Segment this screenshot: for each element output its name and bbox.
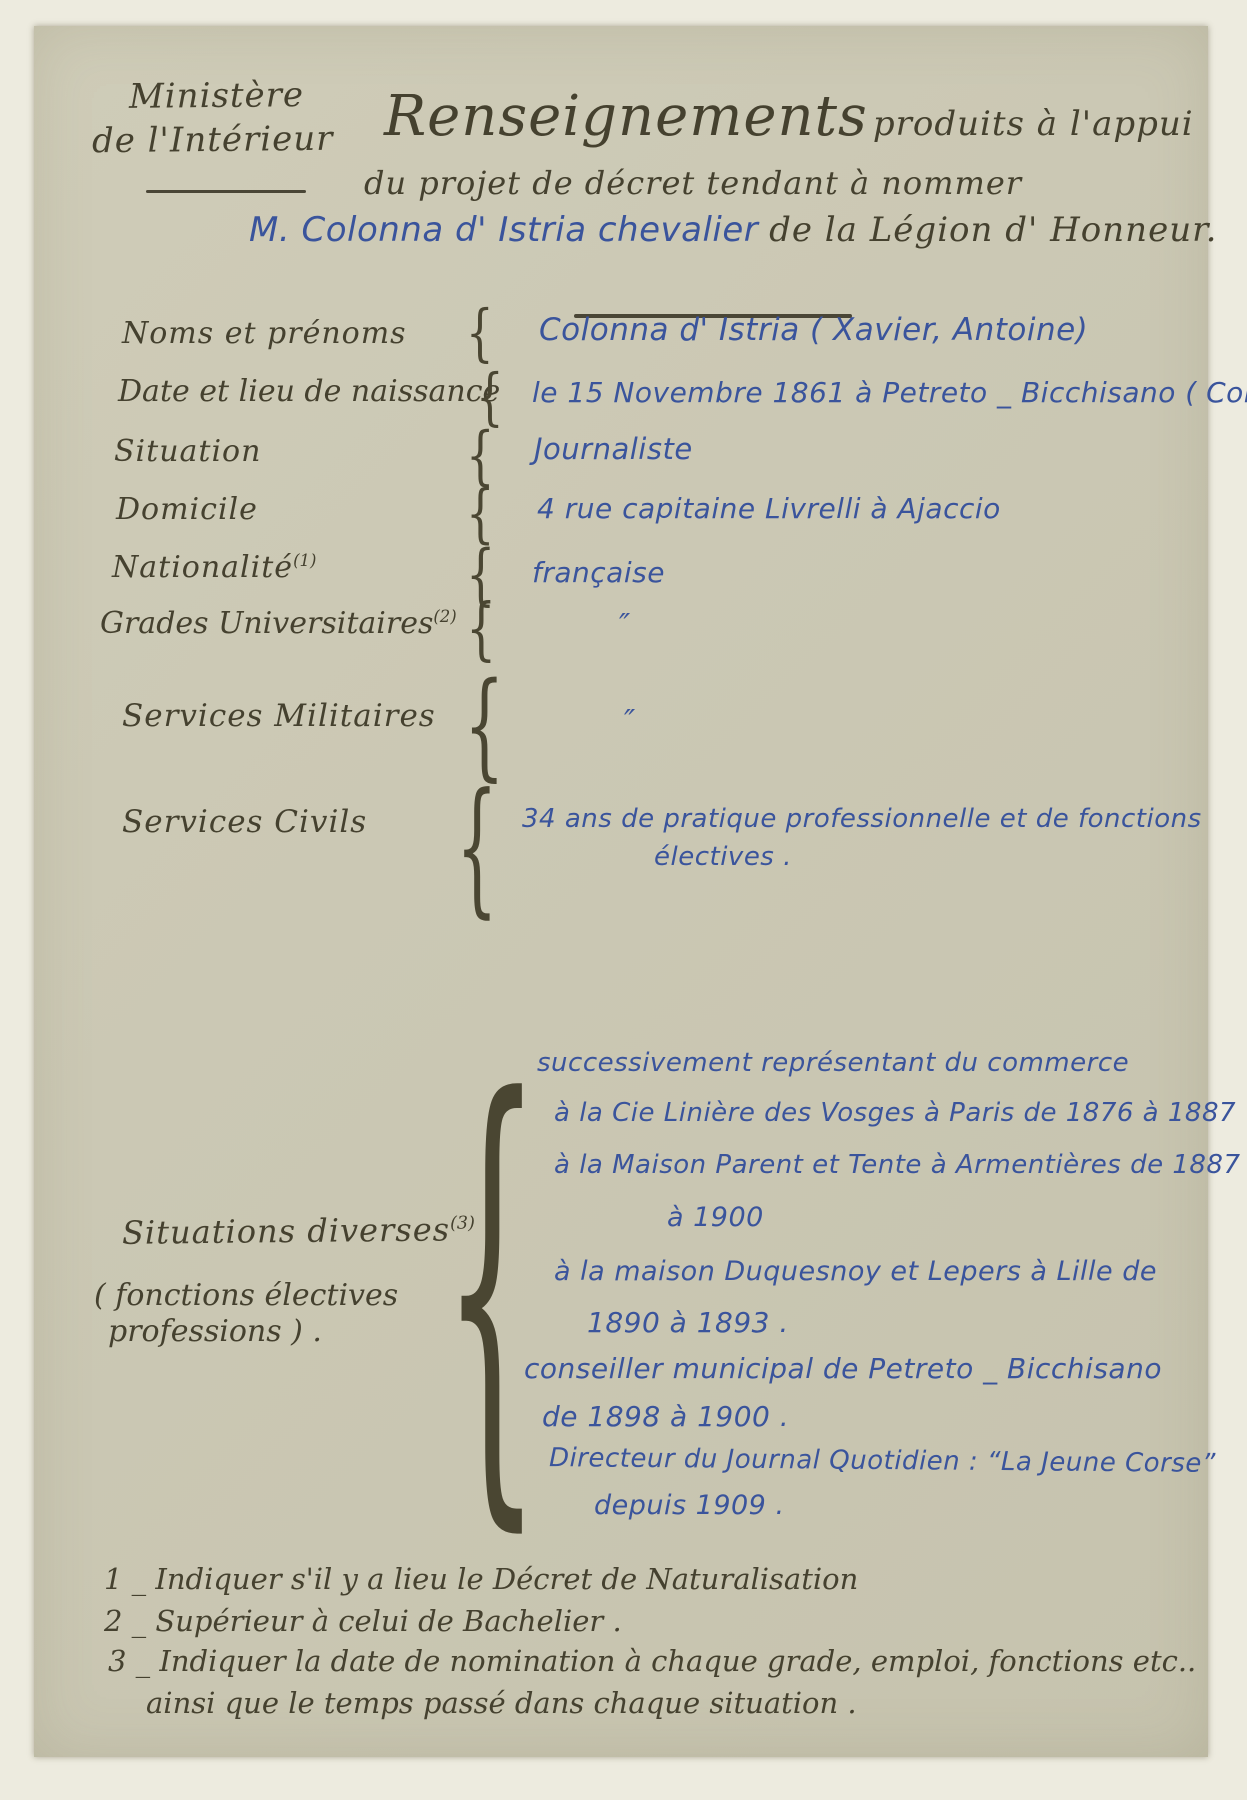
ministry-line1: Ministère (129, 75, 304, 117)
footnote-marker-2: (2) (433, 607, 456, 626)
situations-sublabel-2: professions ) . (108, 1314, 322, 1349)
field-label-noms: Noms et prénoms (122, 316, 407, 351)
title-name-blue: M. Colonna d' Istria chevalier (249, 210, 758, 250)
field-label-services-militaires: Services Militaires (122, 698, 436, 734)
footnote-marker-1: (1) (293, 551, 316, 570)
field-value-domicile: 4 rue capitaine Livrelli à Ajaccio (537, 492, 1001, 525)
field-label-situation: Situation (114, 434, 261, 469)
situations-line-1: successivement représentant du commerce (537, 1048, 1129, 1078)
field-label-domicile: Domicile (116, 492, 258, 527)
field-value-militaires-ditto: ″ (624, 704, 636, 739)
title-word-renseignements: Renseignements (384, 84, 868, 149)
situations-sublabel-1: ( fonctions électives (94, 1278, 398, 1313)
footnote-2: 2 _ Supérieur à celui de Bachelier . (104, 1604, 622, 1638)
field-value-situation: Journaliste (534, 432, 693, 466)
document-title-line3: M. Colonna d' Istria chevalier de la Lég… (249, 210, 1217, 250)
field-value-grades-ditto: ″ (619, 608, 631, 643)
footnote-3: 3 _ Indiquer la date de nomination à cha… (108, 1644, 1196, 1678)
field-value-noms: Colonna d' Istria ( Xavier, Antoine) (539, 312, 1088, 348)
situations-line-4: à 1900 (667, 1202, 764, 1233)
situations-line-2: à la Cie Linière des Vosges à Paris de 1… (554, 1098, 1236, 1128)
scanned-document-page: Ministère de l'Intérieur Renseignements … (34, 26, 1208, 1757)
situations-line-9: Directeur du Journal Quotidien : “La Jeu… (549, 1443, 1216, 1479)
situations-line-3: à la Maison Parent et Tente à Armentière… (554, 1150, 1241, 1180)
field-value-civils-line1: 34 ans de pratique professionnelle et de… (522, 804, 1202, 834)
ministry-underline (146, 190, 306, 193)
field-value-naissance: le 15 Novembre 1861 à Petreto _ Bicchisa… (532, 376, 1247, 409)
situations-brace: { (442, 1042, 541, 1530)
field-label-nationalite: Nationalité(1) (112, 550, 316, 585)
situations-line-5: à la maison Duquesnoy et Lepers à Lille … (554, 1256, 1157, 1287)
field-brace: { (466, 596, 496, 664)
situations-label: Situations diverses(3) (122, 1210, 475, 1252)
footnote-1: 1 _ Indiquer s'il y a lieu le Décret de … (104, 1562, 858, 1596)
situations-line-7: conseiller municipal de Petreto _ Bicchi… (524, 1352, 1162, 1385)
field-value-civils-line2: électives . (654, 842, 792, 872)
title-rest: produits à l'appui (873, 104, 1194, 144)
field-label-services-civils: Services Civils (122, 804, 367, 840)
situations-line-8: de 1898 à 1900 . (542, 1400, 789, 1433)
document-title-line2: du projet de décret tendant à nommer (364, 164, 1022, 202)
situations-line-6: 1890 à 1893 . (587, 1306, 789, 1339)
title-name-black: de la Légion d' Honneur. (769, 210, 1217, 250)
field-value-nationalite: française (532, 556, 665, 589)
field-label-grades: Grades Universitaires(2) (100, 606, 457, 641)
situations-line-10: depuis 1909 . (594, 1490, 785, 1521)
field-label-naissance: Date et lieu de naissance (118, 374, 500, 409)
footnote-3-continued: ainsi que le temps passé dans chaque sit… (146, 1686, 857, 1720)
document-title-line1: Renseignements produits à l'appui (384, 84, 1194, 149)
field-brace: { (466, 302, 494, 364)
field-brace: { (456, 774, 498, 920)
ministry-line2: de l'Intérieur (92, 119, 334, 162)
